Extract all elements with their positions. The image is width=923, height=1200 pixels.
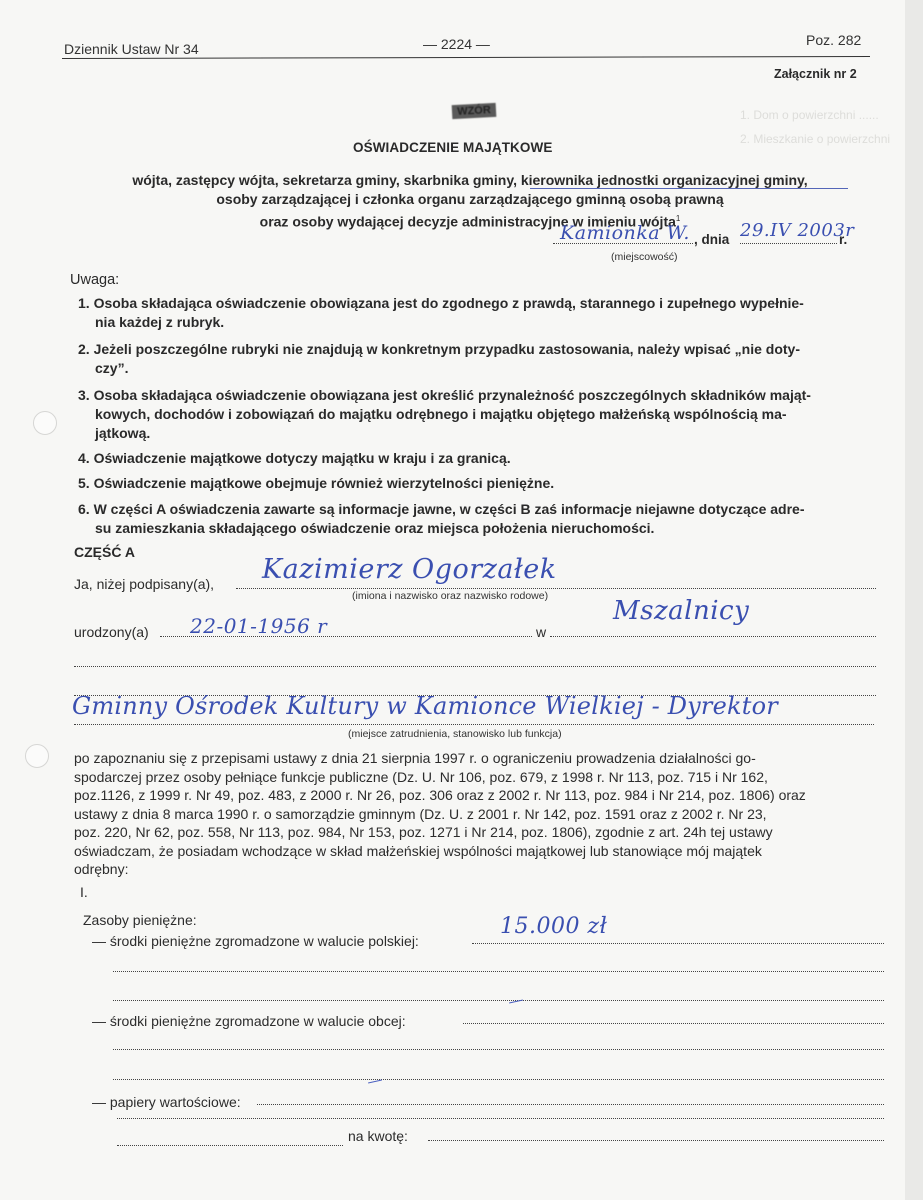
amount-field[interactable]: [428, 1140, 884, 1141]
blank-line[interactable]: [113, 971, 884, 972]
bleed-through-text: 1. Dom o powierzchni ......: [740, 108, 879, 122]
born-in-label: w: [536, 623, 546, 642]
section-1-heading: I.: [80, 883, 88, 902]
signed-caption: (imiona i nazwisko oraz nazwisko rodowe): [352, 590, 548, 602]
employment-field[interactable]: [74, 724, 874, 725]
blank-line[interactable]: [113, 1079, 884, 1080]
cash-assets-label: Zasoby pieniężne:: [83, 911, 197, 930]
notes-heading: Uwaga:: [70, 272, 119, 288]
subtitle-line: osoby zarządzającej i członka organu zar…: [80, 190, 860, 209]
bleed-through-text: 2. Mieszkanie o powierzchni: [740, 132, 890, 146]
amount-label: na kwotę:: [348, 1127, 408, 1146]
employment-value: Gminny Ośrodek Kultury w Kamionce Wielki…: [72, 692, 778, 720]
securities-label: — papiery wartościowe:: [92, 1093, 241, 1112]
part-a-heading: CZĘŚĆ A: [74, 544, 135, 560]
punch-hole: [33, 411, 57, 435]
date-prefix: , dnia: [694, 232, 729, 247]
page-number: — 2224 —: [423, 36, 490, 52]
punch-hole: [25, 744, 49, 768]
note-item-3: 3. Osoba składająca oświadczenie obowiąz…: [78, 386, 811, 443]
legal-text: po zapoznaniu się z przepisami ustawy z …: [74, 749, 806, 879]
note-item-1: 1. Osoba składająca oświadczenie obowiąz…: [78, 294, 804, 332]
blank-line[interactable]: [74, 666, 876, 667]
attachment-label: Załącznik nr 2: [774, 67, 857, 81]
place-value: Kamionka W.: [560, 222, 690, 244]
employment-caption: (miejsce zatrudnienia, stanowisko lub fu…: [348, 728, 562, 740]
born-label: urodzony(a): [74, 623, 149, 642]
date-value: 29.IV 2003r: [740, 220, 854, 241]
note-item-2: 2. Jeżeli poszczególne rubryki nie znajd…: [78, 340, 800, 378]
publication-name: Dziennik Ustaw Nr 34: [64, 41, 199, 57]
blank-line[interactable]: [117, 1118, 884, 1119]
born-place-value: Mszalnicy: [613, 596, 749, 626]
polish-currency-field[interactable]: [472, 943, 884, 944]
date-suffix: r.: [839, 232, 847, 247]
polish-currency-label: — środki pieniężne zgromadzone w walucie…: [92, 932, 419, 951]
note-item-5: 5. Oświadczenie majątkowe obejmuje równi…: [78, 474, 554, 493]
born-date-value: 22-01-1956 r: [190, 614, 327, 638]
signed-value: Kazimierz Ogorzałek: [262, 554, 557, 585]
born-place-field[interactable]: [550, 636, 876, 637]
foreign-currency-label: — środki pieniężne zgromadzone w walucie…: [92, 1012, 406, 1031]
blank-line[interactable]: [113, 1049, 884, 1050]
position-number: Poz. 282: [806, 32, 861, 48]
foreign-currency-field[interactable]: [463, 1023, 884, 1024]
place-caption: (miejscowość): [611, 251, 678, 263]
date-field[interactable]: [740, 243, 837, 244]
note-item-6: 6. W części A oświadczenia zawarte są in…: [78, 500, 805, 538]
securities-field[interactable]: [257, 1104, 884, 1105]
blank-line[interactable]: [113, 1000, 884, 1001]
polish-currency-value: 15.000 zł: [500, 914, 607, 939]
note-item-4: 4. Oświadczenie majątkowe dotyczy majątk…: [78, 449, 511, 468]
template-stamp: WZÓR: [452, 103, 497, 119]
scan-edge: [905, 0, 923, 1200]
signed-field[interactable]: [236, 588, 876, 589]
signed-label: Ja, niżej podpisany(a),: [74, 575, 214, 594]
securities-description-field[interactable]: [117, 1145, 343, 1146]
handwritten-underline: [530, 188, 848, 189]
form-title: OŚWIADCZENIE MAJĄTKOWE: [353, 140, 552, 155]
